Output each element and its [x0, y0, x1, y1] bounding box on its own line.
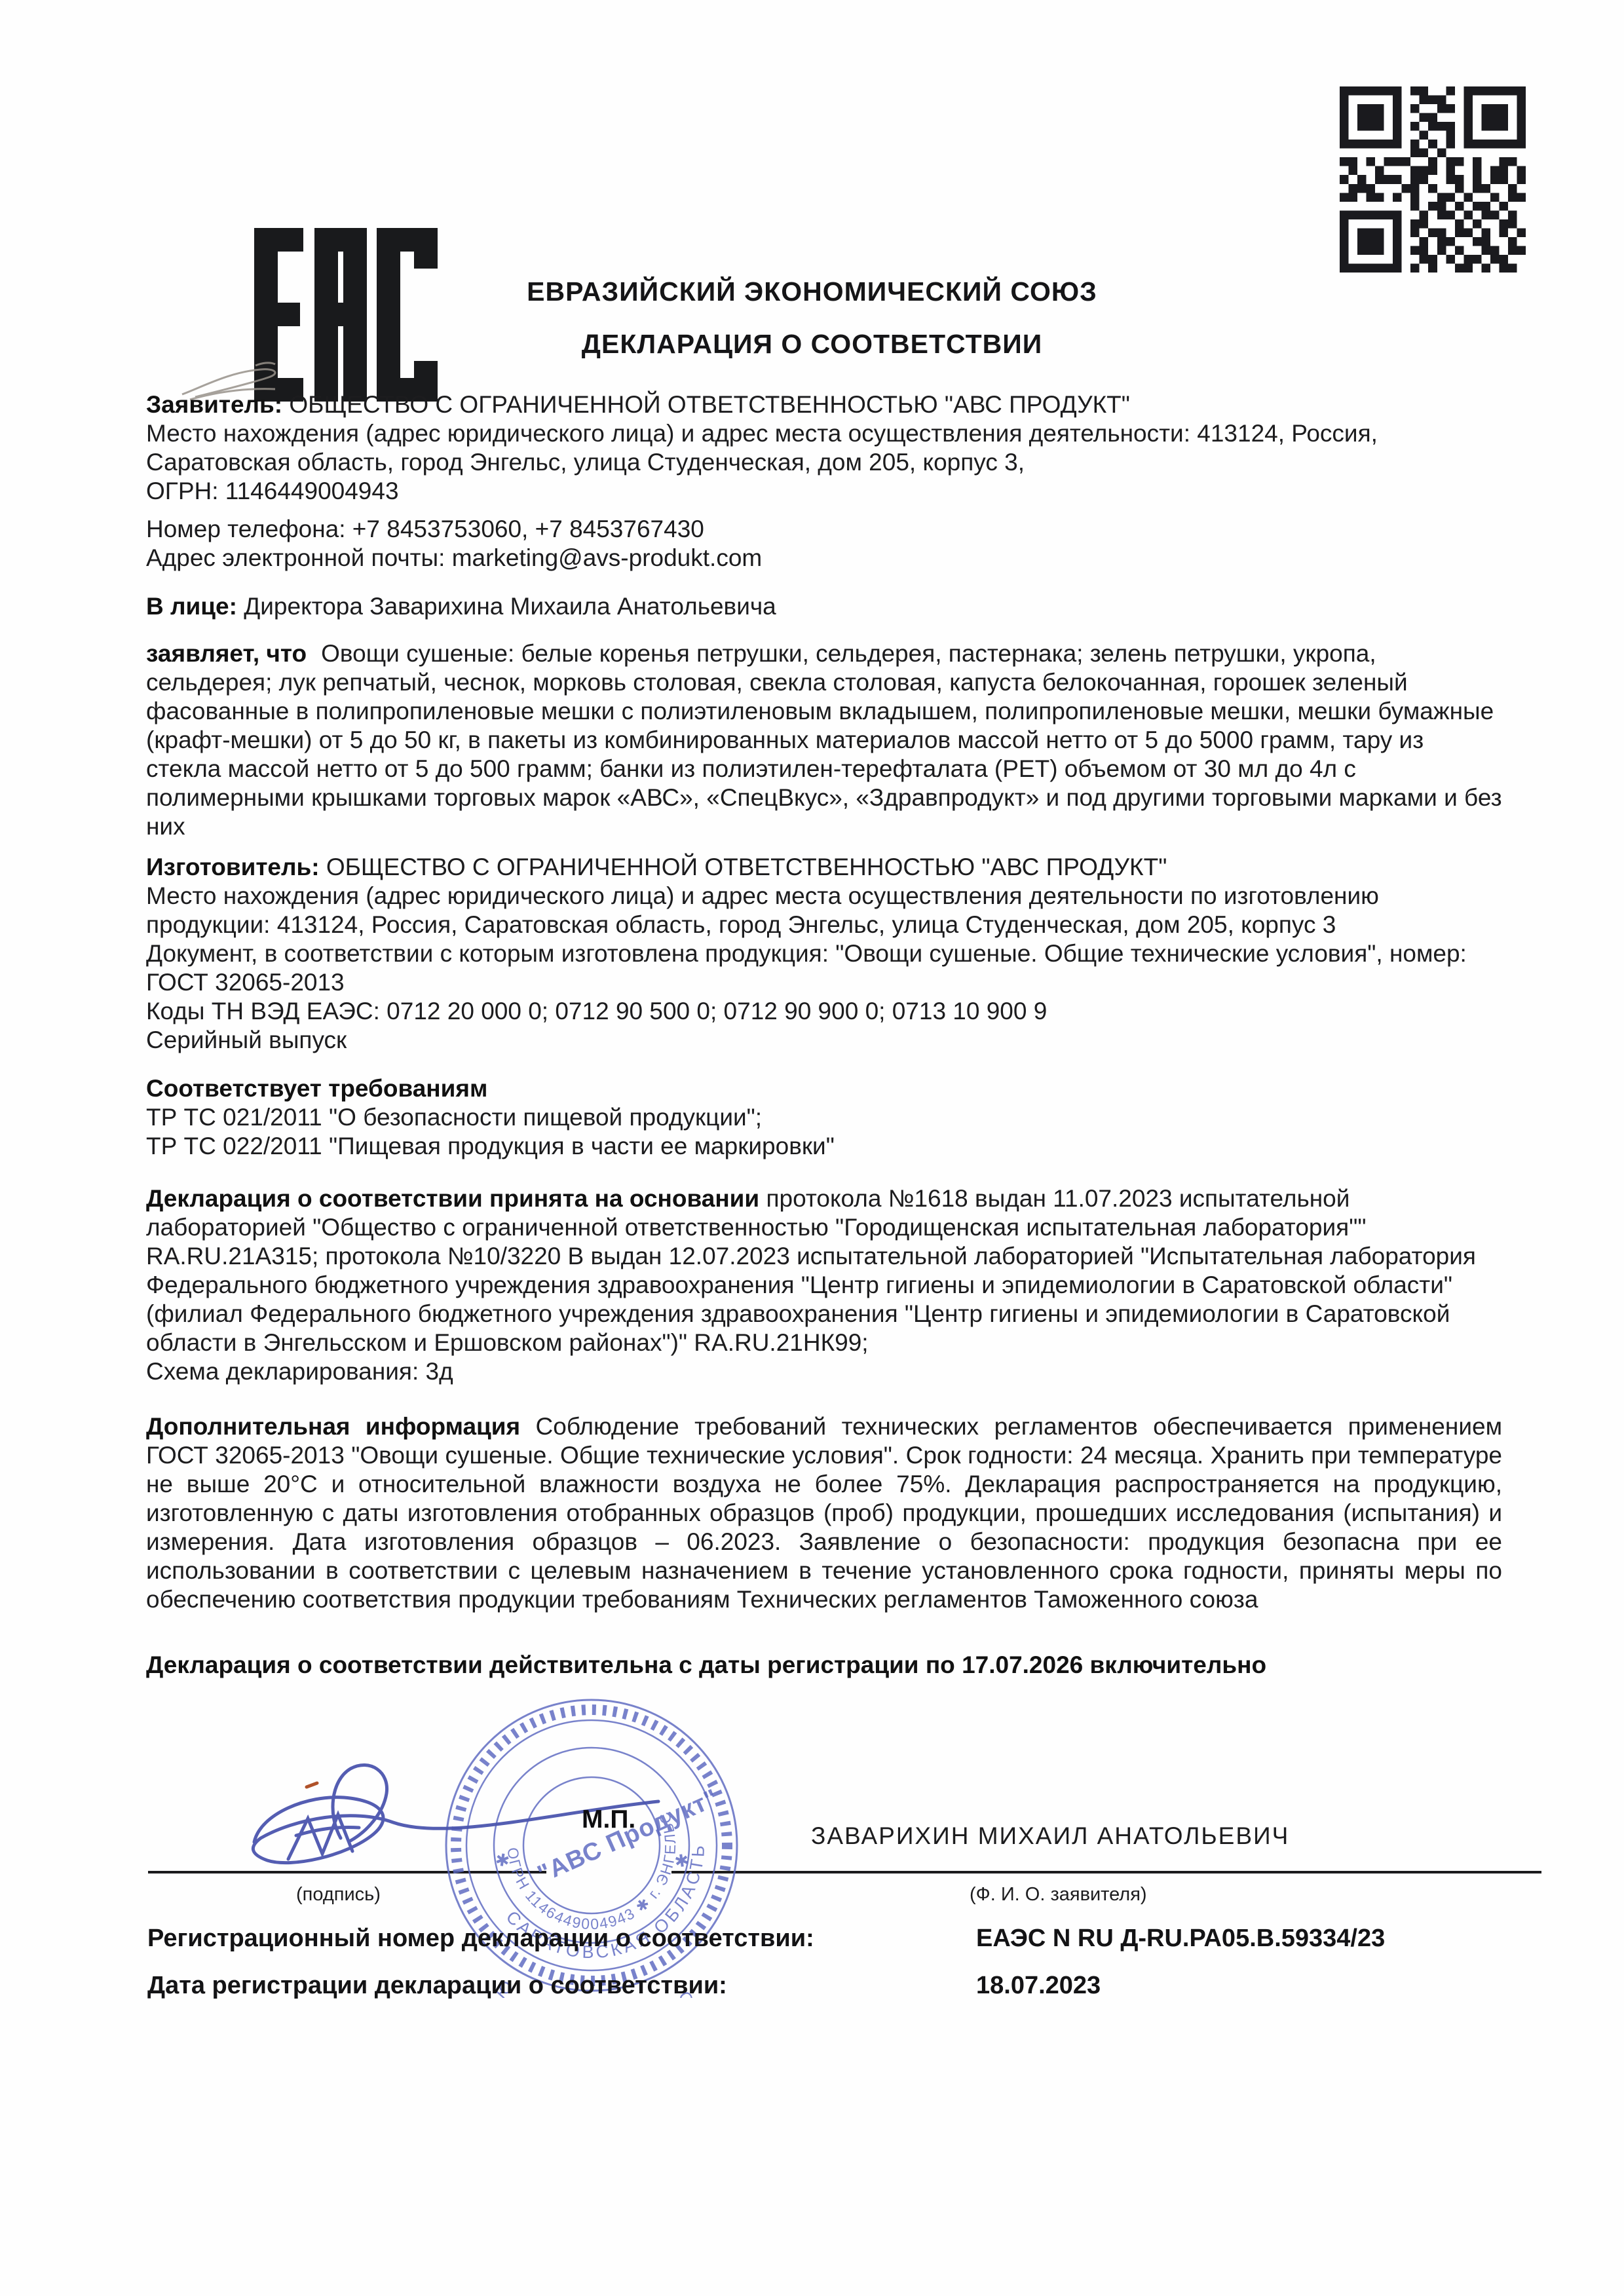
applicant-address: Место нахождения (адрес юридического лиц…	[146, 419, 1502, 477]
registration-number-value: ЕАЭС N RU Д-RU.РА05.В.59334/23	[976, 1925, 1385, 1953]
tn-ved-codes: Коды ТН ВЭД ЕАЭС: 0712 20 000 0; 0712 90…	[146, 997, 1502, 1026]
person-line: В лице: Директора Заварихина Михаила Ана…	[146, 592, 1502, 621]
registration-date-label: Дата регистрации декларации о соответств…	[147, 1972, 727, 2000]
applicant-fio: ЗАВАРИХИН МИХАИЛ АНАТОЛЬЕВИЧ	[811, 1822, 1289, 1850]
scanned-declaration-page: { "header": { "eac_mark": "EAC", "union_…	[0, 0, 1624, 2296]
basis-label: Декларация о соответствии принята на осн…	[146, 1185, 759, 1212]
document-body: Заявитель: ОБЩЕСТВО С ОГРАНИЧЕННОЙ ОТВЕТ…	[146, 390, 1502, 1680]
serial-release: Серийный выпуск	[146, 1026, 1502, 1055]
fio-caption: (Ф. И. О. заявителя)	[970, 1884, 1147, 1906]
person-label: В лице:	[146, 593, 237, 620]
additional-info-paragraph: Дополнительная информация Соблюдение тре…	[146, 1412, 1502, 1614]
registration-number-label: Регистрационный номер декларации о соотв…	[147, 1925, 814, 1953]
applicant-line: Заявитель: ОБЩЕСТВО С ОГРАНИЧЕННОЙ ОТВЕТ…	[146, 390, 1502, 419]
validity-line: Декларация о соответствии действительна …	[146, 1651, 1502, 1680]
manufacturer-name: ОБЩЕСТВО С ОГРАНИЧЕННОЙ ОТВЕТСТВЕННОСТЬЮ…	[326, 854, 1167, 880]
complies-heading: Соответствует требованиям	[146, 1074, 1502, 1103]
declaration-scheme: Схема декларирования: 3д	[146, 1357, 1502, 1386]
applicant-ogrn: ОГРН: 1146449004943	[146, 477, 1502, 506]
manufacturer-address: Место нахождения (адрес юридического лиц…	[146, 882, 1502, 939]
declares-label: заявляет, что	[146, 640, 307, 667]
ink-speck	[307, 1783, 317, 1787]
applicant-email: Адрес электронной почты: marketing@avs-p…	[146, 544, 1502, 573]
applicant-phone: Номер телефона: +7 8453753060, +7 845376…	[146, 515, 1502, 544]
mp-seal-mark: М.П.	[582, 1805, 635, 1834]
manufacturer-label: Изготовитель:	[146, 854, 320, 880]
union-name-title: ЕВРАЗИЙСКИЙ ЭКОНОМИЧЕСКИЙ СОЮЗ	[0, 276, 1624, 307]
fio-underline	[671, 1871, 1541, 1873]
applicant-label: Заявитель:	[146, 391, 282, 418]
manufacturer-line: Изготовитель: ОБЩЕСТВО С ОГРАНИЧЕННОЙ ОТ…	[146, 853, 1502, 882]
declares-paragraph: заявляет, чтоОвощи сушеные: белые корень…	[146, 639, 1502, 841]
registration-date-value: 18.07.2023	[976, 1972, 1101, 2000]
applicant-name: ОБЩЕСТВО С ОГРАНИЧЕННОЙ ОТВЕТСТВЕННОСТЬЮ…	[289, 391, 1129, 418]
basis-paragraph: Декларация о соответствии принята на осн…	[146, 1184, 1502, 1357]
additional-info-label: Дополнительная информация	[146, 1413, 520, 1440]
qr-code	[1340, 86, 1526, 273]
tr-ts-022: ТР ТС 022/2011 "Пищевая продукция в част…	[146, 1132, 1502, 1161]
product-document-line: Документ, в соответствии с которым изгот…	[146, 939, 1502, 997]
declares-text: Овощи сушеные: белые коренья петрушки, с…	[146, 640, 1502, 840]
tr-ts-021: ТР ТС 021/2011 "О безопасности пищевой п…	[146, 1103, 1502, 1132]
additional-info-text: Соблюдение требований технических реглам…	[146, 1413, 1502, 1613]
person-name: Директора Заварихина Михаила Анатольевич…	[244, 593, 776, 620]
